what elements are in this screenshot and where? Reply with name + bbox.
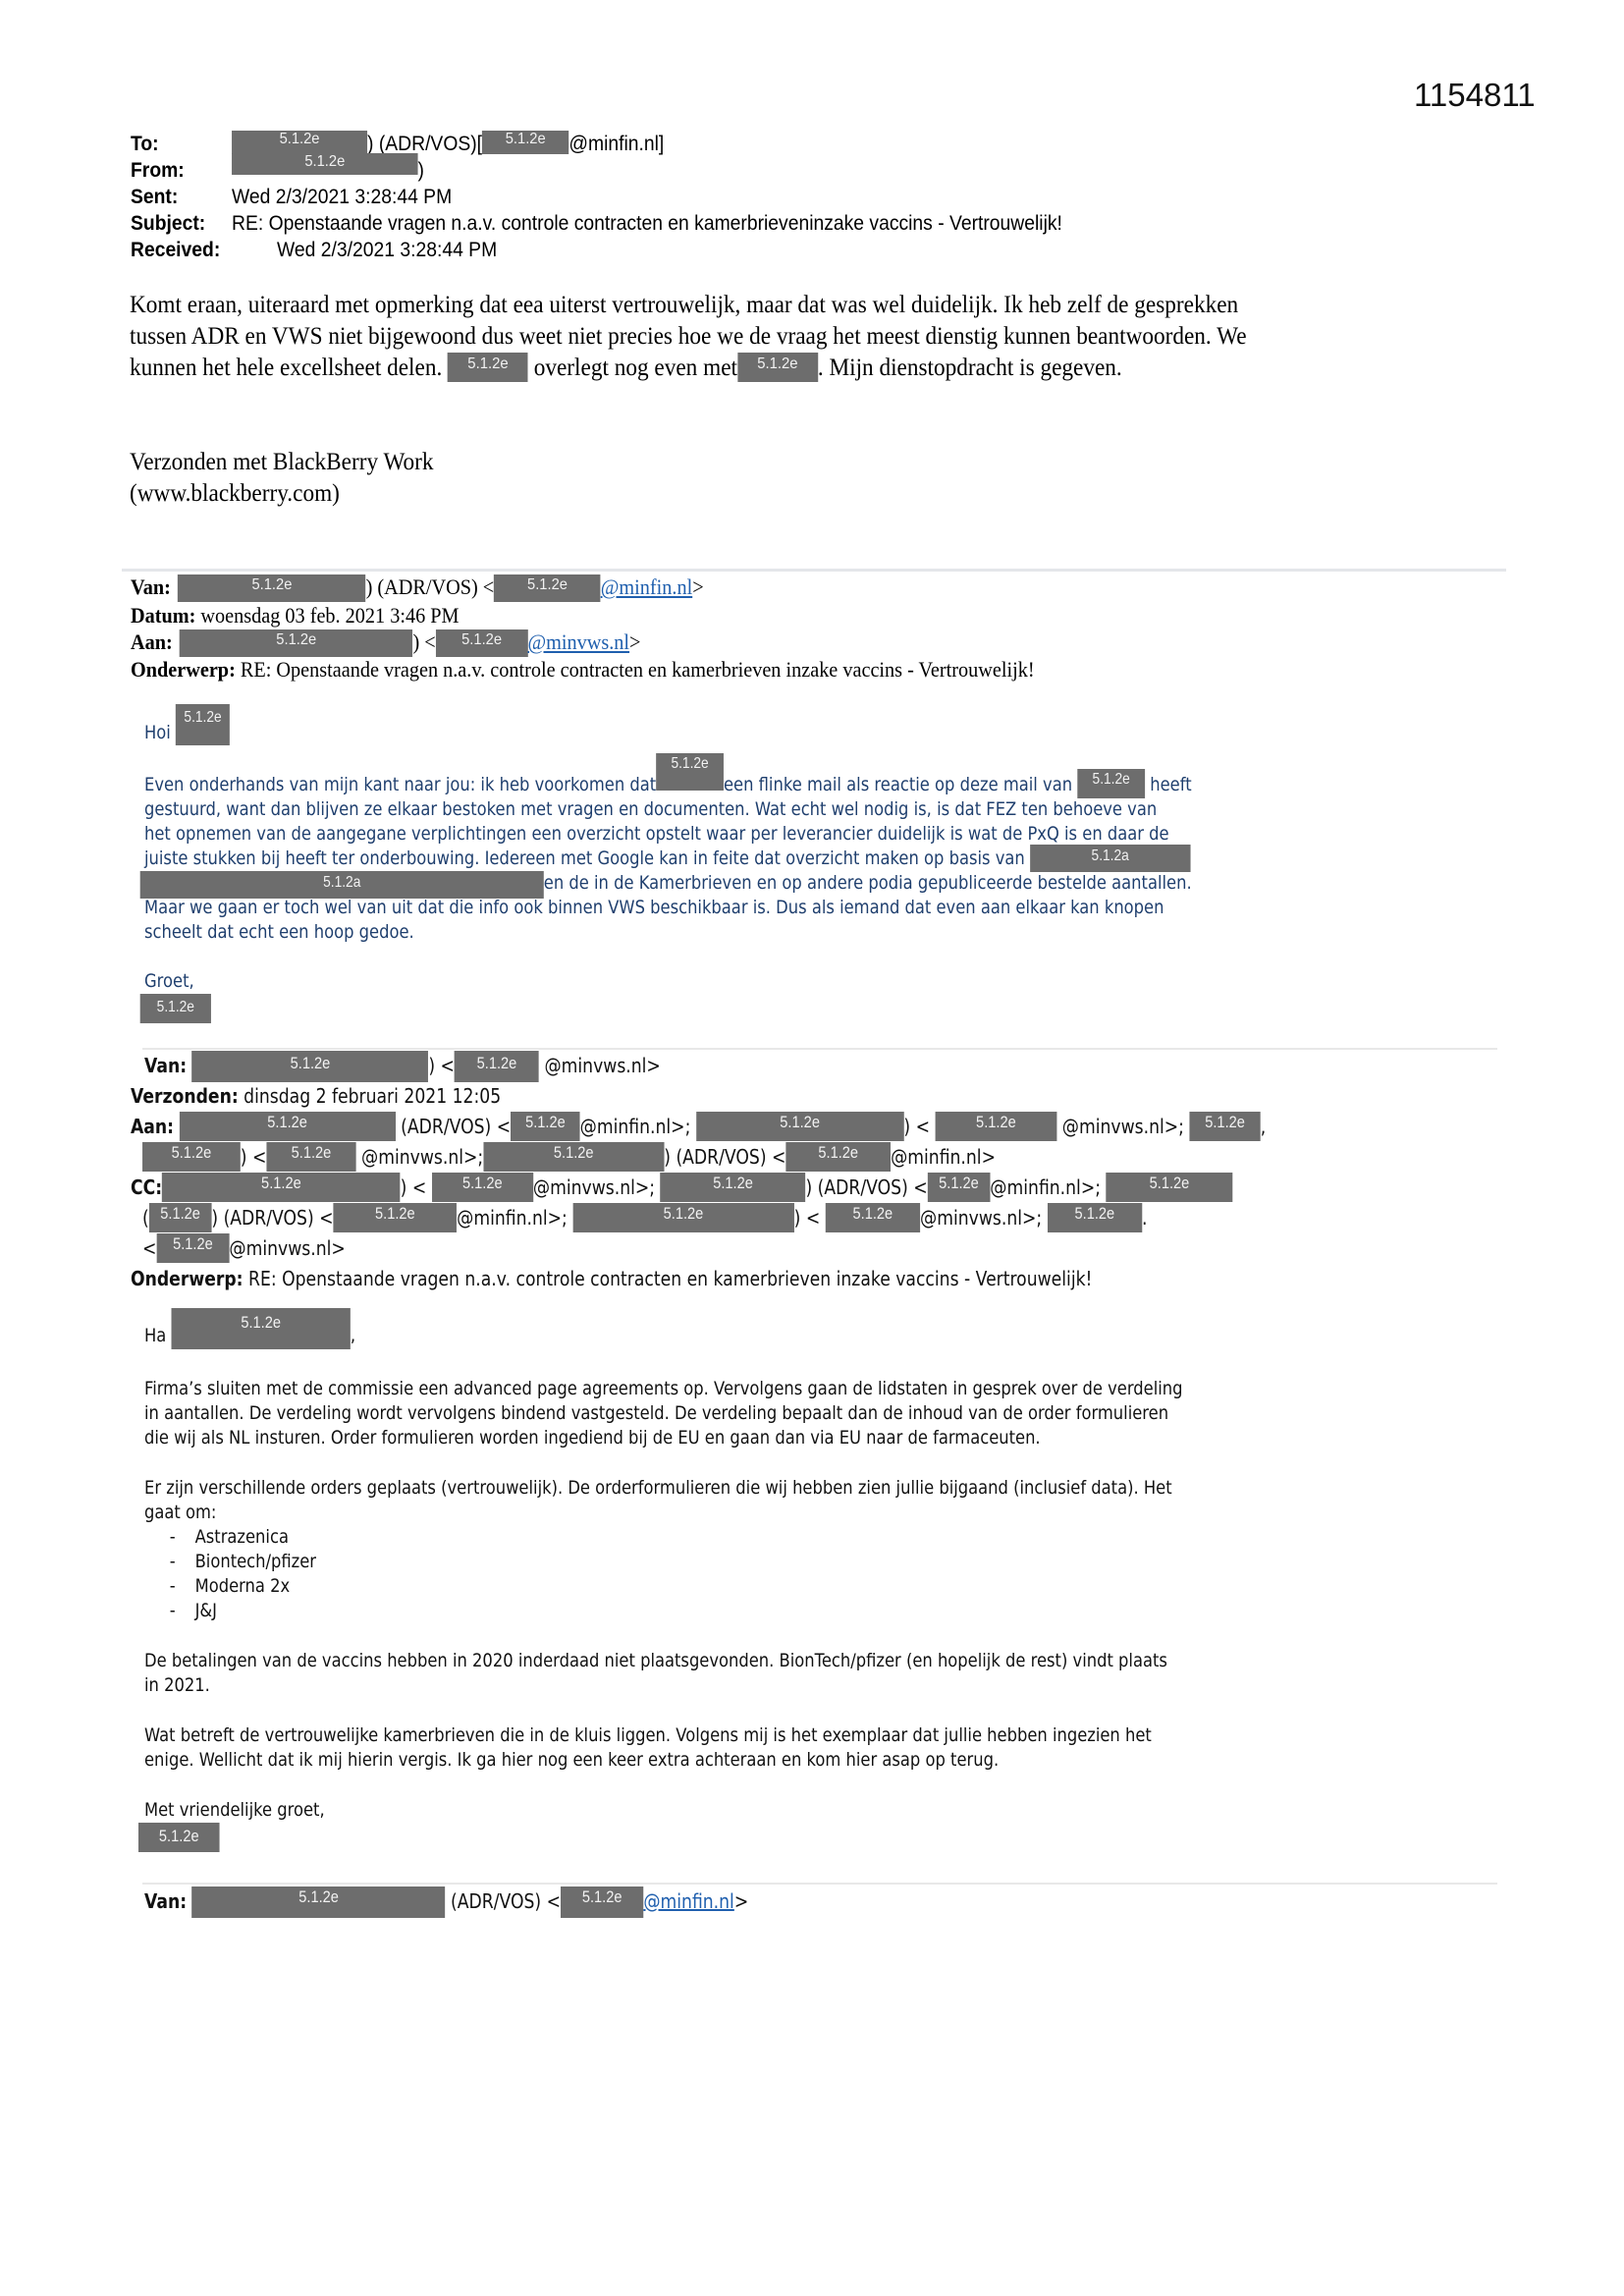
body-line: tussen ADR en VWS niet bijgewoond dus we… (130, 321, 1247, 353)
van-row: Van:5.1.2e) (ADR/VOS) <5.1.2e@minfin.nl> (131, 574, 1035, 603)
body-line: scheelt dat echt een hoop gedoe. (144, 920, 1192, 945)
redaction: 5.1.2e (1189, 1112, 1260, 1141)
received-row: Received:Wed 2/3/2021 3:28:44 PM (131, 237, 1062, 263)
body-line: het opnemen van de aangegane verplichtin… (144, 822, 1192, 847)
subject-row: Subject:RE: Openstaande vragen n.a.v. co… (131, 210, 1062, 237)
datum-row: Datum: woensdag 03 feb. 2021 3:46 PM (131, 603, 1035, 629)
cc-row-cont2: <5.1.2e@minvws.nl> (131, 1233, 1266, 1264)
separator (142, 1883, 1497, 1885)
signature-line: Verzonden met BlackBerry Work (130, 447, 434, 478)
redaction: 5.1.2e (180, 629, 412, 657)
redaction: 5.1.2e (494, 574, 601, 602)
body-line: kunnen het hele excellsheet delen. 5.1.2… (130, 353, 1247, 384)
redaction: 5.1.2e (192, 1051, 429, 1082)
sent-value: Wed 2/3/2021 3:28:44 PM (232, 186, 452, 208)
sent-row: Sent:Wed 2/3/2021 3:28:44 PM (131, 184, 1062, 210)
onderwerp-row: Onderwerp: RE: Openstaande vragen n.a.v.… (131, 657, 1035, 683)
van-label: Van: (144, 1889, 187, 1913)
body-line: Er zijn verschillende orders geplaats (v… (144, 1476, 1183, 1501)
received-label: Received: (131, 237, 277, 263)
separator (122, 569, 1506, 572)
message1-header: To:5.1.2e) (ADR/VOS)[5.1.2e@minfin.nl] F… (131, 131, 1062, 263)
signature: 5.1.2e (140, 994, 1192, 1023)
body-line: Firma’s sluiten met de commissie een adv… (144, 1377, 1183, 1401)
van-row: Van: 5.1.2e) <5.1.2e @minvws.nl> (144, 1051, 661, 1082)
redaction: 5.1.2e (180, 1112, 396, 1141)
message3-header: Van: 5.1.2e) <5.1.2e @minvws.nl> (144, 1051, 661, 1082)
message2-header: Van:5.1.2e) (ADR/VOS) <5.1.2e@minfin.nl>… (131, 574, 1035, 683)
body-line: 5.1.2aen de in de Kamerbrieven en op and… (140, 871, 1192, 896)
redaction: 5.1.2e (928, 1173, 991, 1202)
redaction: 5.1.2e (661, 1173, 806, 1202)
signature: Verzonden met BlackBerry Work (www.black… (130, 447, 434, 510)
body-line: enige. Wellicht dat ik mij hierin vergis… (144, 1748, 1183, 1773)
van-label: Van: (131, 574, 171, 599)
redaction: 5.1.2e (737, 353, 818, 382)
van-label: Van: (144, 1054, 187, 1077)
list-item: Moderna 2x (144, 1574, 1183, 1599)
greeting: Ha 5.1.2e, (144, 1308, 1183, 1351)
redaction: 5.1.2e (162, 1173, 401, 1202)
redaction: 5.1.2e (483, 1142, 664, 1172)
signature: 5.1.2e (138, 1823, 1183, 1852)
body-line: Maar we gaan er toch wel van uit dat die… (144, 896, 1192, 920)
redaction: 5.1.2e (561, 1886, 643, 1918)
message3-header-rest: Verzonden: dinsdag 2 februari 2021 12:05… (131, 1081, 1266, 1294)
redaction: 5.1.2e (572, 1203, 793, 1232)
from-suffix: ) (418, 159, 424, 182)
redaction: 5.1.2e (232, 131, 367, 154)
redaction: 5.1.2e (176, 704, 230, 745)
subject-label: Subject: (131, 210, 232, 237)
email-link[interactable]: @minfin.nl (643, 1889, 734, 1913)
redaction: 5.1.2e (455, 1051, 539, 1082)
to-domain: @minfin.nl] (568, 133, 664, 155)
redaction: 5.1.2e (149, 1203, 212, 1232)
body-line: die wij als NL insturen. Order formulier… (144, 1426, 1183, 1450)
message1-body: Komt eraan, uiteraard met opmerking dat … (130, 290, 1247, 384)
list-item: J&J (144, 1599, 1183, 1623)
subject-value: RE: Openstaande vragen n.a.v. controle c… (232, 212, 1062, 235)
aan-label: Aan: (131, 629, 173, 654)
from-label: From: (131, 157, 232, 184)
cc-label: CC: (131, 1175, 162, 1199)
redaction: 5.1.2e (656, 753, 724, 791)
message3-body: Ha 5.1.2e, Firma’s sluiten met de commis… (144, 1308, 1183, 1852)
aan-row: Aan: 5.1.2e (ADR/VOS) <5.1.2e@minfin.nl>… (131, 1112, 1266, 1142)
from-row: From:5.1.2e) (131, 157, 1062, 184)
redaction: 5.1.2e (826, 1203, 920, 1232)
redaction: 5.1.2e (138, 1823, 220, 1852)
greeting: Hoi 5.1.2e (144, 704, 1192, 745)
message2-body: Hoi 5.1.2e Even onderhands van mijn kant… (144, 704, 1192, 1023)
list-item: Biontech/pfizer (144, 1550, 1183, 1574)
redaction: 5.1.2e (192, 1886, 446, 1918)
separator (142, 1048, 1497, 1050)
redaction: 5.1.2e (448, 353, 528, 382)
aan-label: Aan: (131, 1115, 174, 1138)
datum-label: Datum: (131, 603, 195, 628)
onderwerp-row: Onderwerp: RE: Openstaande vragen n.a.v.… (131, 1264, 1266, 1294)
body-line: Even onderhands van mijn kant naar jou: … (144, 773, 1192, 797)
cc-row: CC:5.1.2e) < 5.1.2e@minvws.nl>; 5.1.2e) … (131, 1173, 1266, 1203)
body-line: De betalingen van de vaccins hebben in 2… (144, 1649, 1183, 1673)
email-link[interactable]: @minfin.nl (601, 574, 692, 599)
signature-line: (www.blackberry.com) (130, 478, 434, 510)
van-row: Van: 5.1.2e (ADR/VOS) <5.1.2e@minfin.nl> (144, 1886, 748, 1918)
redaction: 5.1.2e (140, 994, 211, 1023)
message4-header: Van: 5.1.2e (ADR/VOS) <5.1.2e@minfin.nl> (144, 1886, 748, 1918)
redaction: 5.1.2e (178, 574, 365, 602)
redaction: 5.1.2e (1107, 1173, 1233, 1202)
redaction: 5.1.2e (785, 1142, 891, 1172)
verzonden-row: Verzonden: dinsdag 2 februari 2021 12:05 (131, 1081, 1266, 1112)
body-line: gaat om: (144, 1501, 1183, 1525)
redaction: 5.1.2e (156, 1233, 229, 1263)
body-line: in aantallen. De verdeling wordt vervolg… (144, 1401, 1183, 1426)
to-label: To: (131, 131, 232, 157)
redaction: 5.1.2e (232, 153, 418, 175)
closing: Groet, (144, 969, 1192, 994)
redaction: 5.1.2e (142, 1142, 241, 1172)
body-line: juiste stukken bij heeft ter onderbouwin… (144, 847, 1192, 871)
redaction: 5.1.2e (696, 1112, 904, 1141)
received-value: Wed 2/3/2021 3:28:44 PM (277, 239, 497, 261)
verzonden-label: Verzonden: (131, 1084, 239, 1108)
sent-label: Sent: (131, 184, 232, 210)
redaction: 5.1.2e (482, 131, 568, 154)
redaction: 5.1.2e (1048, 1203, 1142, 1232)
to-suffix: ) (ADR/VOS)[ (367, 133, 482, 155)
redaction: 5.1.2e (436, 629, 528, 657)
redaction: 5.1.2e (511, 1112, 580, 1141)
redaction: 5.1.2e (1077, 769, 1145, 798)
redaction: 5.1.2e (935, 1112, 1056, 1141)
aan-row-cont: 5.1.2e) <5.1.2e @minvws.nl>;5.1.2e) (ADR… (131, 1142, 1266, 1173)
body-line: Wat betreft de vertrouwelijke kamerbriev… (144, 1723, 1183, 1748)
cc-row-cont: (5.1.2e) (ADR/VOS) <5.1.2e@minfin.nl>; 5… (131, 1203, 1266, 1233)
redaction: 5.1.2e (172, 1308, 351, 1349)
closing: Met vriendelijke groet, (144, 1798, 1183, 1823)
redaction: 5.1.2e (432, 1173, 533, 1202)
document-number: 1154811 (1414, 77, 1536, 114)
body-line: in 2021. (144, 1673, 1183, 1698)
body-line: gestuurd, want dan blijven ze elkaar bes… (144, 797, 1192, 822)
redaction: 5.1.2a (1030, 845, 1190, 872)
onderwerp-label: Onderwerp: (131, 1267, 244, 1290)
body-line: Komt eraan, uiteraard met opmerking dat … (130, 290, 1247, 321)
onderwerp-label: Onderwerp: (131, 657, 236, 682)
list-item: Astrazenica (144, 1525, 1183, 1550)
vaccin-list: Astrazenica Biontech/pfizer Moderna 2x J… (144, 1525, 1183, 1623)
redaction: 5.1.2e (334, 1203, 458, 1232)
aan-row: Aan:5.1.2e) <5.1.2e@minvws.nl> (131, 629, 1035, 657)
redaction: 5.1.2e (266, 1142, 355, 1172)
email-link[interactable]: @minvws.nl (528, 629, 630, 654)
redaction: 5.1.2a (140, 871, 544, 899)
